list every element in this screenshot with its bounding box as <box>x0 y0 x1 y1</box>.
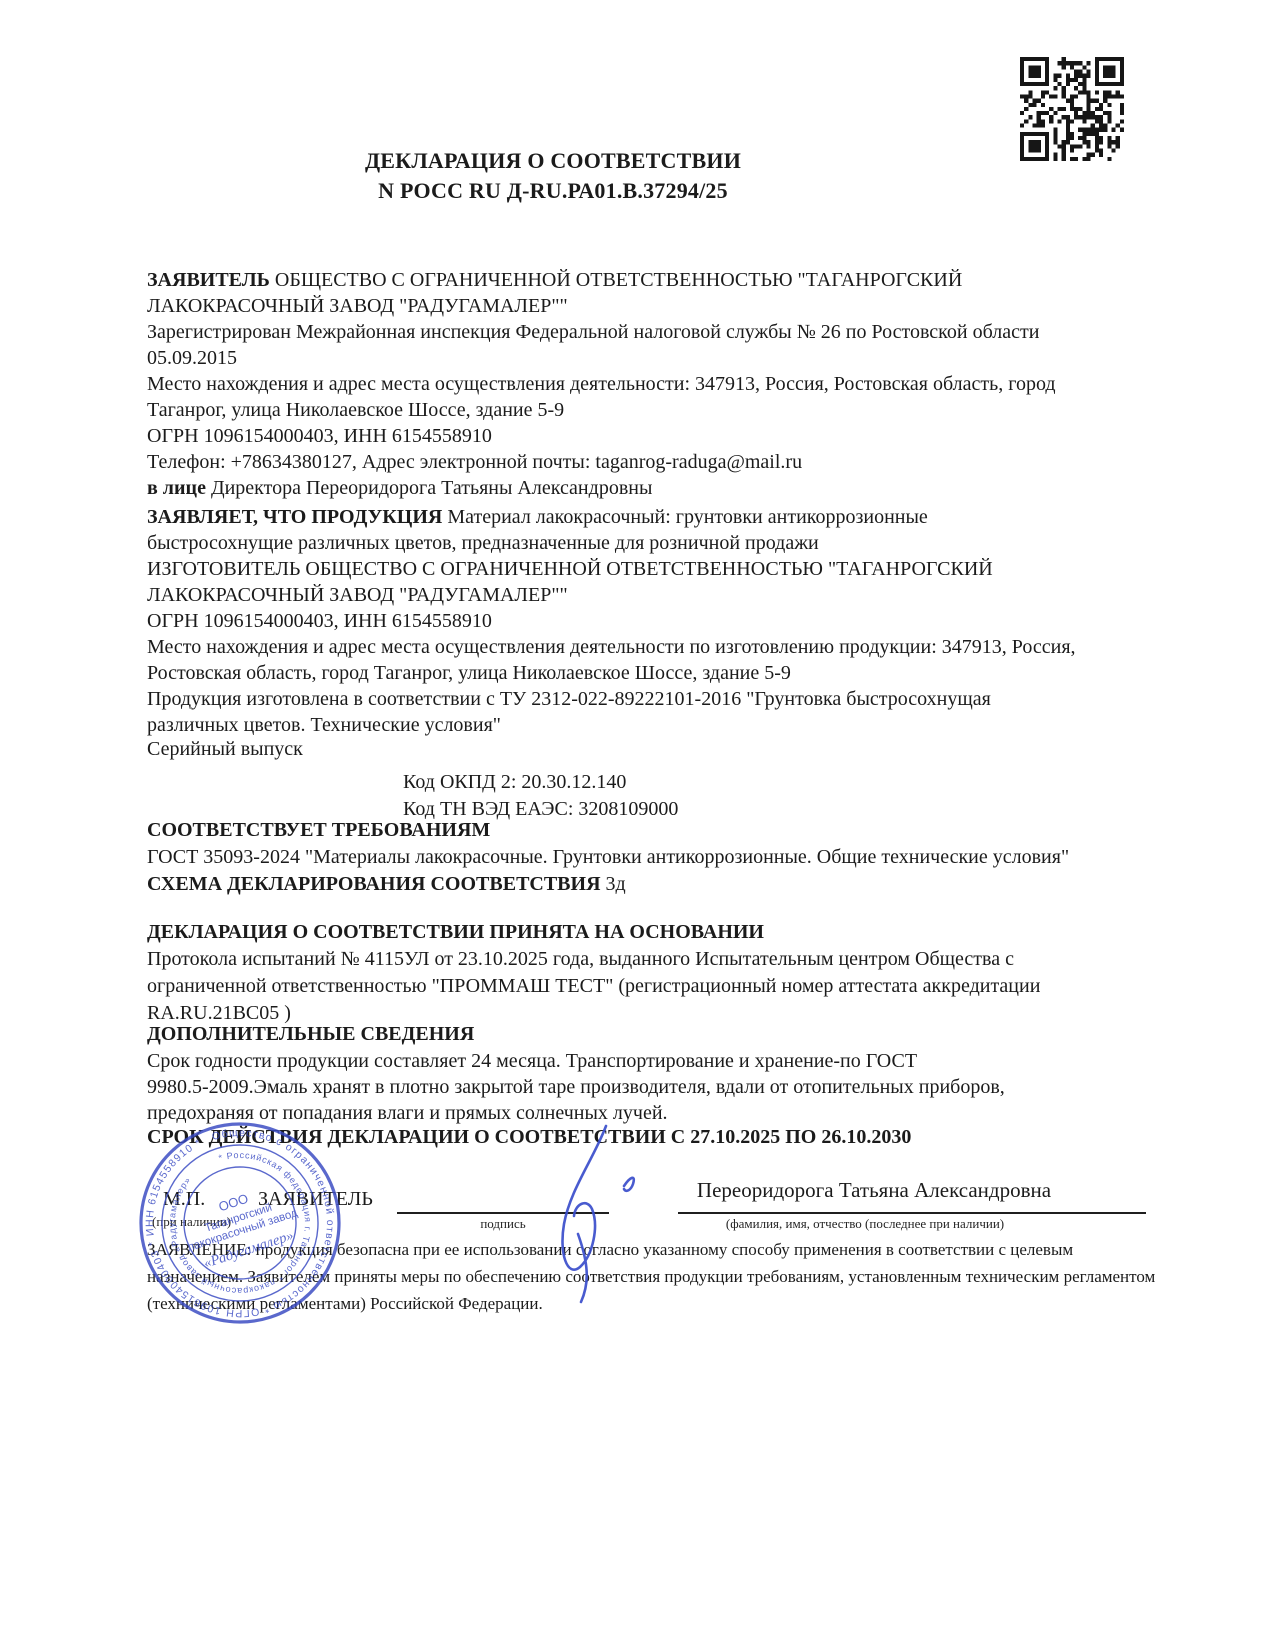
codes-block: Код ОКПД 2: 20.30.12.140 Код ТН ВЭД ЕАЭС… <box>403 769 678 823</box>
product-line: ЗАЯВЛЯЕТ, ЧТО ПРОДУКЦИЯ Материал лакокра… <box>147 504 1076 530</box>
okpd-code: Код ОКПД 2: 20.30.12.140 <box>403 769 678 796</box>
title-line-1: ДЕКЛАРАЦИЯ О СООТВЕТСТВИИ <box>147 146 959 176</box>
name-caption: (фамилия, имя, отчество (последнее при н… <box>640 1216 1090 1232</box>
declaration-document: ДЕКЛАРАЦИЯ О СООТВЕТСТВИИ N РОСС RU Д-RU… <box>0 0 1275 1650</box>
applicant-address: Место нахождения и адрес места осуществл… <box>147 371 1056 397</box>
basis-label: ДЕКЛАРАЦИЯ О СООТВЕТСТВИИ ПРИНЯТА НА ОСН… <box>147 919 764 946</box>
basis-label-block: ДЕКЛАРАЦИЯ О СООТВЕТСТВИИ ПРИНЯТА НА ОСН… <box>147 919 764 946</box>
manufacturer-name: ИЗГОТОВИТЕЛЬ ОБЩЕСТВО С ОГРАНИЧЕННОЙ ОТВ… <box>147 556 1076 582</box>
product-tu: Продукция изготовлена в соответствии с Т… <box>147 686 1076 712</box>
applicant-line: ЗАЯВИТЕЛЬ ОБЩЕСТВО С ОГРАНИЧЕННОЙ ОТВЕТС… <box>147 267 1056 293</box>
applicant-name: ОБЩЕСТВО С ОГРАНИЧЕННОЙ ОТВЕТСТВЕННОСТЬЮ… <box>275 269 962 291</box>
applicant-ogrn-inn: ОГРН 1096154000403, ИНН 6154558910 <box>147 423 1056 449</box>
basis-protocol: Протокола испытаний № 4115УЛ от 23.10.20… <box>147 946 1040 973</box>
applicant-block: ЗАЯВИТЕЛЬ ОБЩЕСТВО С ОГРАНИЧЕННОЙ ОТВЕТС… <box>147 267 1056 501</box>
qr-code-icon <box>1020 57 1124 161</box>
additional-block: Срок годности продукции составляет 24 ме… <box>147 1048 1005 1126</box>
basis-protocol: ограниченной ответственностью "ПРОММАШ Т… <box>147 973 1040 1000</box>
basis-block: Протокола испытаний № 4115УЛ от 23.10.20… <box>147 946 1040 1027</box>
in-person-label: в лице <box>147 477 206 499</box>
manufacturer-address: Ростовская область, город Таганрог, улиц… <box>147 660 1076 686</box>
applicant-registration: Зарегистрирован Межрайонная инспекция Фе… <box>147 319 1056 345</box>
manufacturer-ogrn-inn: ОГРН 1096154000403, ИНН 6154558910 <box>147 608 1076 634</box>
handwritten-signature <box>520 1116 670 1306</box>
applicant-address: Таганрог, улица Николаевское Шоссе, здан… <box>147 397 1056 423</box>
company-stamp: Общество с ограниченной ответственностью… <box>133 1116 347 1330</box>
product-description: быстросохнущие различных цветов, предназ… <box>147 530 1076 556</box>
additional-info: Срок годности продукции составляет 24 ме… <box>147 1048 1005 1074</box>
title-line-2: N РОСС RU Д-RU.РА01.В.37294/25 <box>147 176 959 206</box>
product-description: Материал лакокрасочный: грунтовки антико… <box>447 506 928 528</box>
name-line <box>678 1212 1146 1214</box>
declaration-scheme: СХЕМА ДЕКЛАРИРОВАНИЯ СООТВЕТСТВИЯ 3д <box>147 871 1069 898</box>
additional-info: 9980.5-2009.Эмаль хранят в плотно закрыт… <box>147 1074 1005 1100</box>
product-tu: различных цветов. Технические условия" <box>147 712 1076 738</box>
additional-label: ДОПОЛНИТЕЛЬНЫЕ СВЕДЕНИЯ <box>147 1021 474 1047</box>
manufacturer-name: ЛАКОКРАСОЧНЫЙ ЗАВОД "РАДУГАМАЛЕР"" <box>147 582 1076 608</box>
scheme-value: 3д <box>606 873 626 895</box>
manufacturer-address: Место нахождения и адрес места осуществл… <box>147 634 1076 660</box>
compliance-block: СООТВЕТСТВУЕТ ТРЕБОВАНИЯМ ГОСТ 35093-202… <box>147 817 1069 898</box>
applicant-registration-date: 05.09.2015 <box>147 345 1056 371</box>
additional-label-block: ДОПОЛНИТЕЛЬНЫЕ СВЕДЕНИЯ <box>147 1021 474 1047</box>
serial-production: Серийный выпуск <box>147 736 303 762</box>
product-label: ЗАЯВЛЯЕТ, ЧТО ПРОДУКЦИЯ <box>147 506 442 528</box>
applicant-contacts: Телефон: +78634380127, Адрес электронной… <box>147 449 1056 475</box>
compliance-gost: ГОСТ 35093-2024 "Материалы лакокрасочные… <box>147 844 1069 871</box>
applicant-line: ЛАКОКРАСОЧНЫЙ ЗАВОД "РАДУГАМАЛЕР"" <box>147 293 1056 319</box>
signatory-name: Переоридорога Татьяна Александровна <box>640 1178 1108 1203</box>
document-title: ДЕКЛАРАЦИЯ О СООТВЕТСТВИИ N РОСС RU Д-RU… <box>147 146 959 206</box>
scheme-label: СХЕМА ДЕКЛАРИРОВАНИЯ СООТВЕТСТВИЯ <box>147 873 601 895</box>
product-block: ЗАЯВЛЯЕТ, ЧТО ПРОДУКЦИЯ Материал лакокра… <box>147 504 1076 738</box>
applicant-representative: в лице Директора Переоридорога Татьяны А… <box>147 475 1056 501</box>
applicant-label: ЗАЯВИТЕЛЬ <box>147 269 270 291</box>
compliance-label: СООТВЕТСТВУЕТ ТРЕБОВАНИЯМ <box>147 817 1069 844</box>
in-person-name: Директора Переоридорога Татьяны Александ… <box>211 477 652 499</box>
